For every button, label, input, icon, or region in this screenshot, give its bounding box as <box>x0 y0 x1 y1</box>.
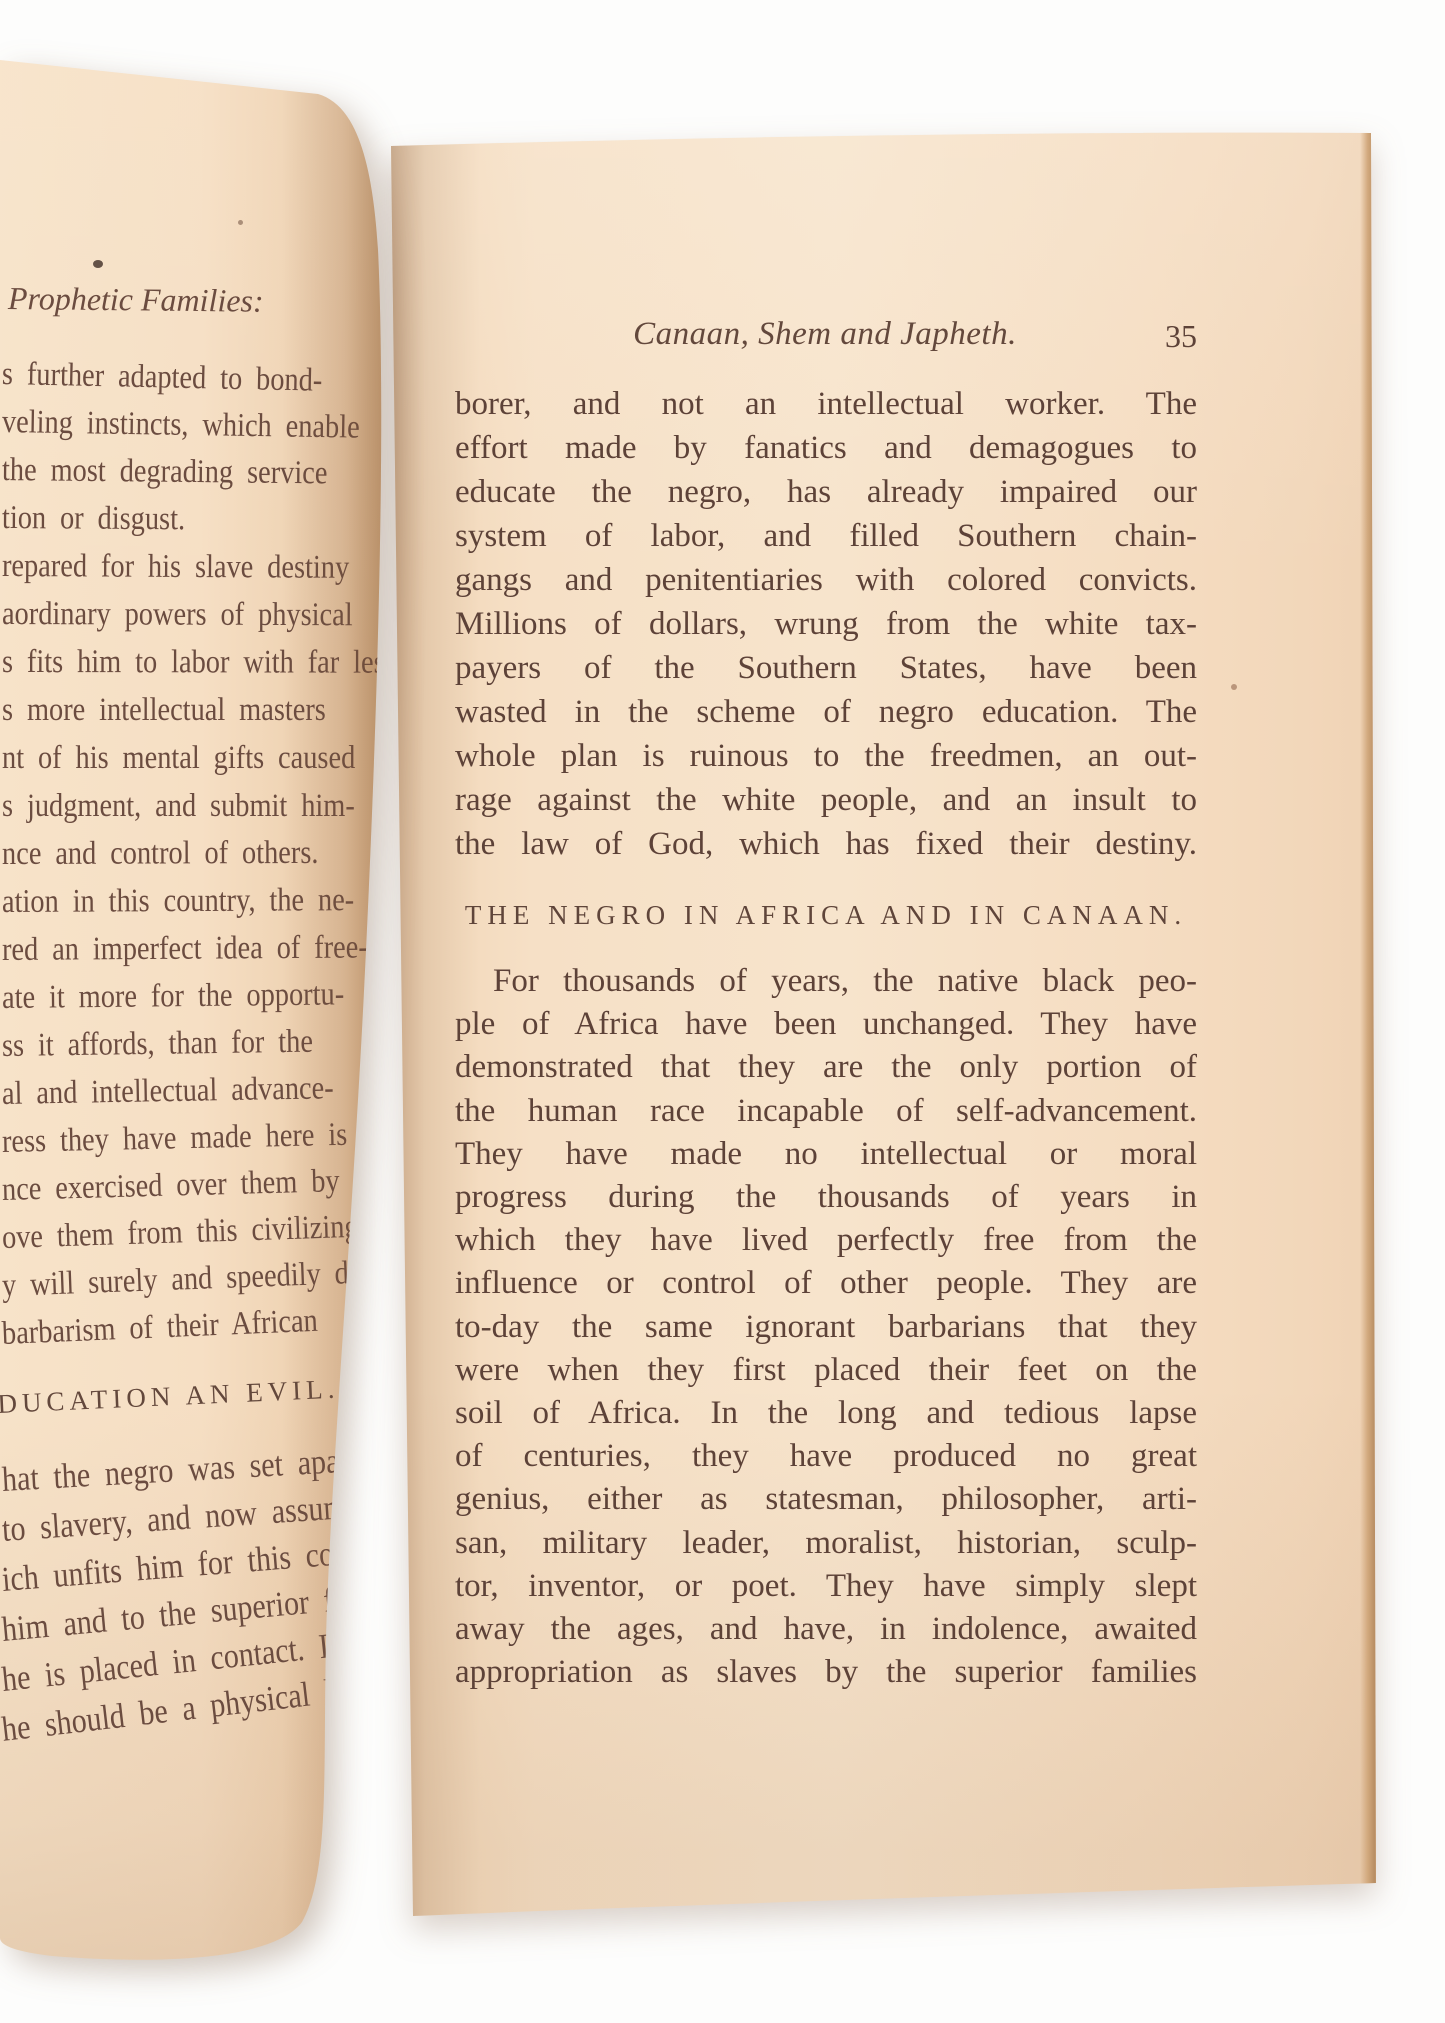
left-page-text: s further adapted to bond- veling instin… <box>2 350 542 1358</box>
running-head: Prophetic Families: <box>8 280 264 320</box>
text-line: aordinary powers of physical <box>2 590 467 640</box>
ink-spot <box>93 260 103 268</box>
text-line: ation in this country, the ne- <box>2 876 467 926</box>
text-line: ress they have made here is <box>1 1108 466 1166</box>
text-line: veling instincts, which enable <box>2 398 467 453</box>
text-line: repared for his slave destiny <box>2 542 467 592</box>
text-line: tion or disgust. <box>2 494 467 545</box>
left-page-text-bottom: hat the negro was set apart to slavery, … <box>2 1455 542 1755</box>
text-line: ate it more for the opportu- <box>2 969 467 1022</box>
book-page-left: Prophetic Families: s further adapted to… <box>0 0 402 1980</box>
book-photo: Canaan, Shem and Japheth. 35 borer, and … <box>0 0 1445 2023</box>
text-line: nce and control of others. <box>2 828 467 878</box>
section-heading: EDUCATION AN EVIL. <box>0 1374 340 1421</box>
text-line: the most degrading service <box>2 446 467 499</box>
left-page-wrapper: Prophetic Families: s further adapted to… <box>0 0 1445 2023</box>
text-line: s more intellectual masters <box>2 686 466 734</box>
text-line: s judgment, and submit him- <box>2 782 466 830</box>
text-line: s fits him to labor with far less <box>2 638 466 687</box>
text-line: ss it affords, than for the <box>2 1016 467 1070</box>
text-line: red an imperfect idea of free- <box>2 923 467 974</box>
ink-spot <box>238 220 243 225</box>
text-line: nt of his mental gifts caused <box>2 734 466 782</box>
text-line: al and intellectual advance- <box>2 1062 467 1118</box>
